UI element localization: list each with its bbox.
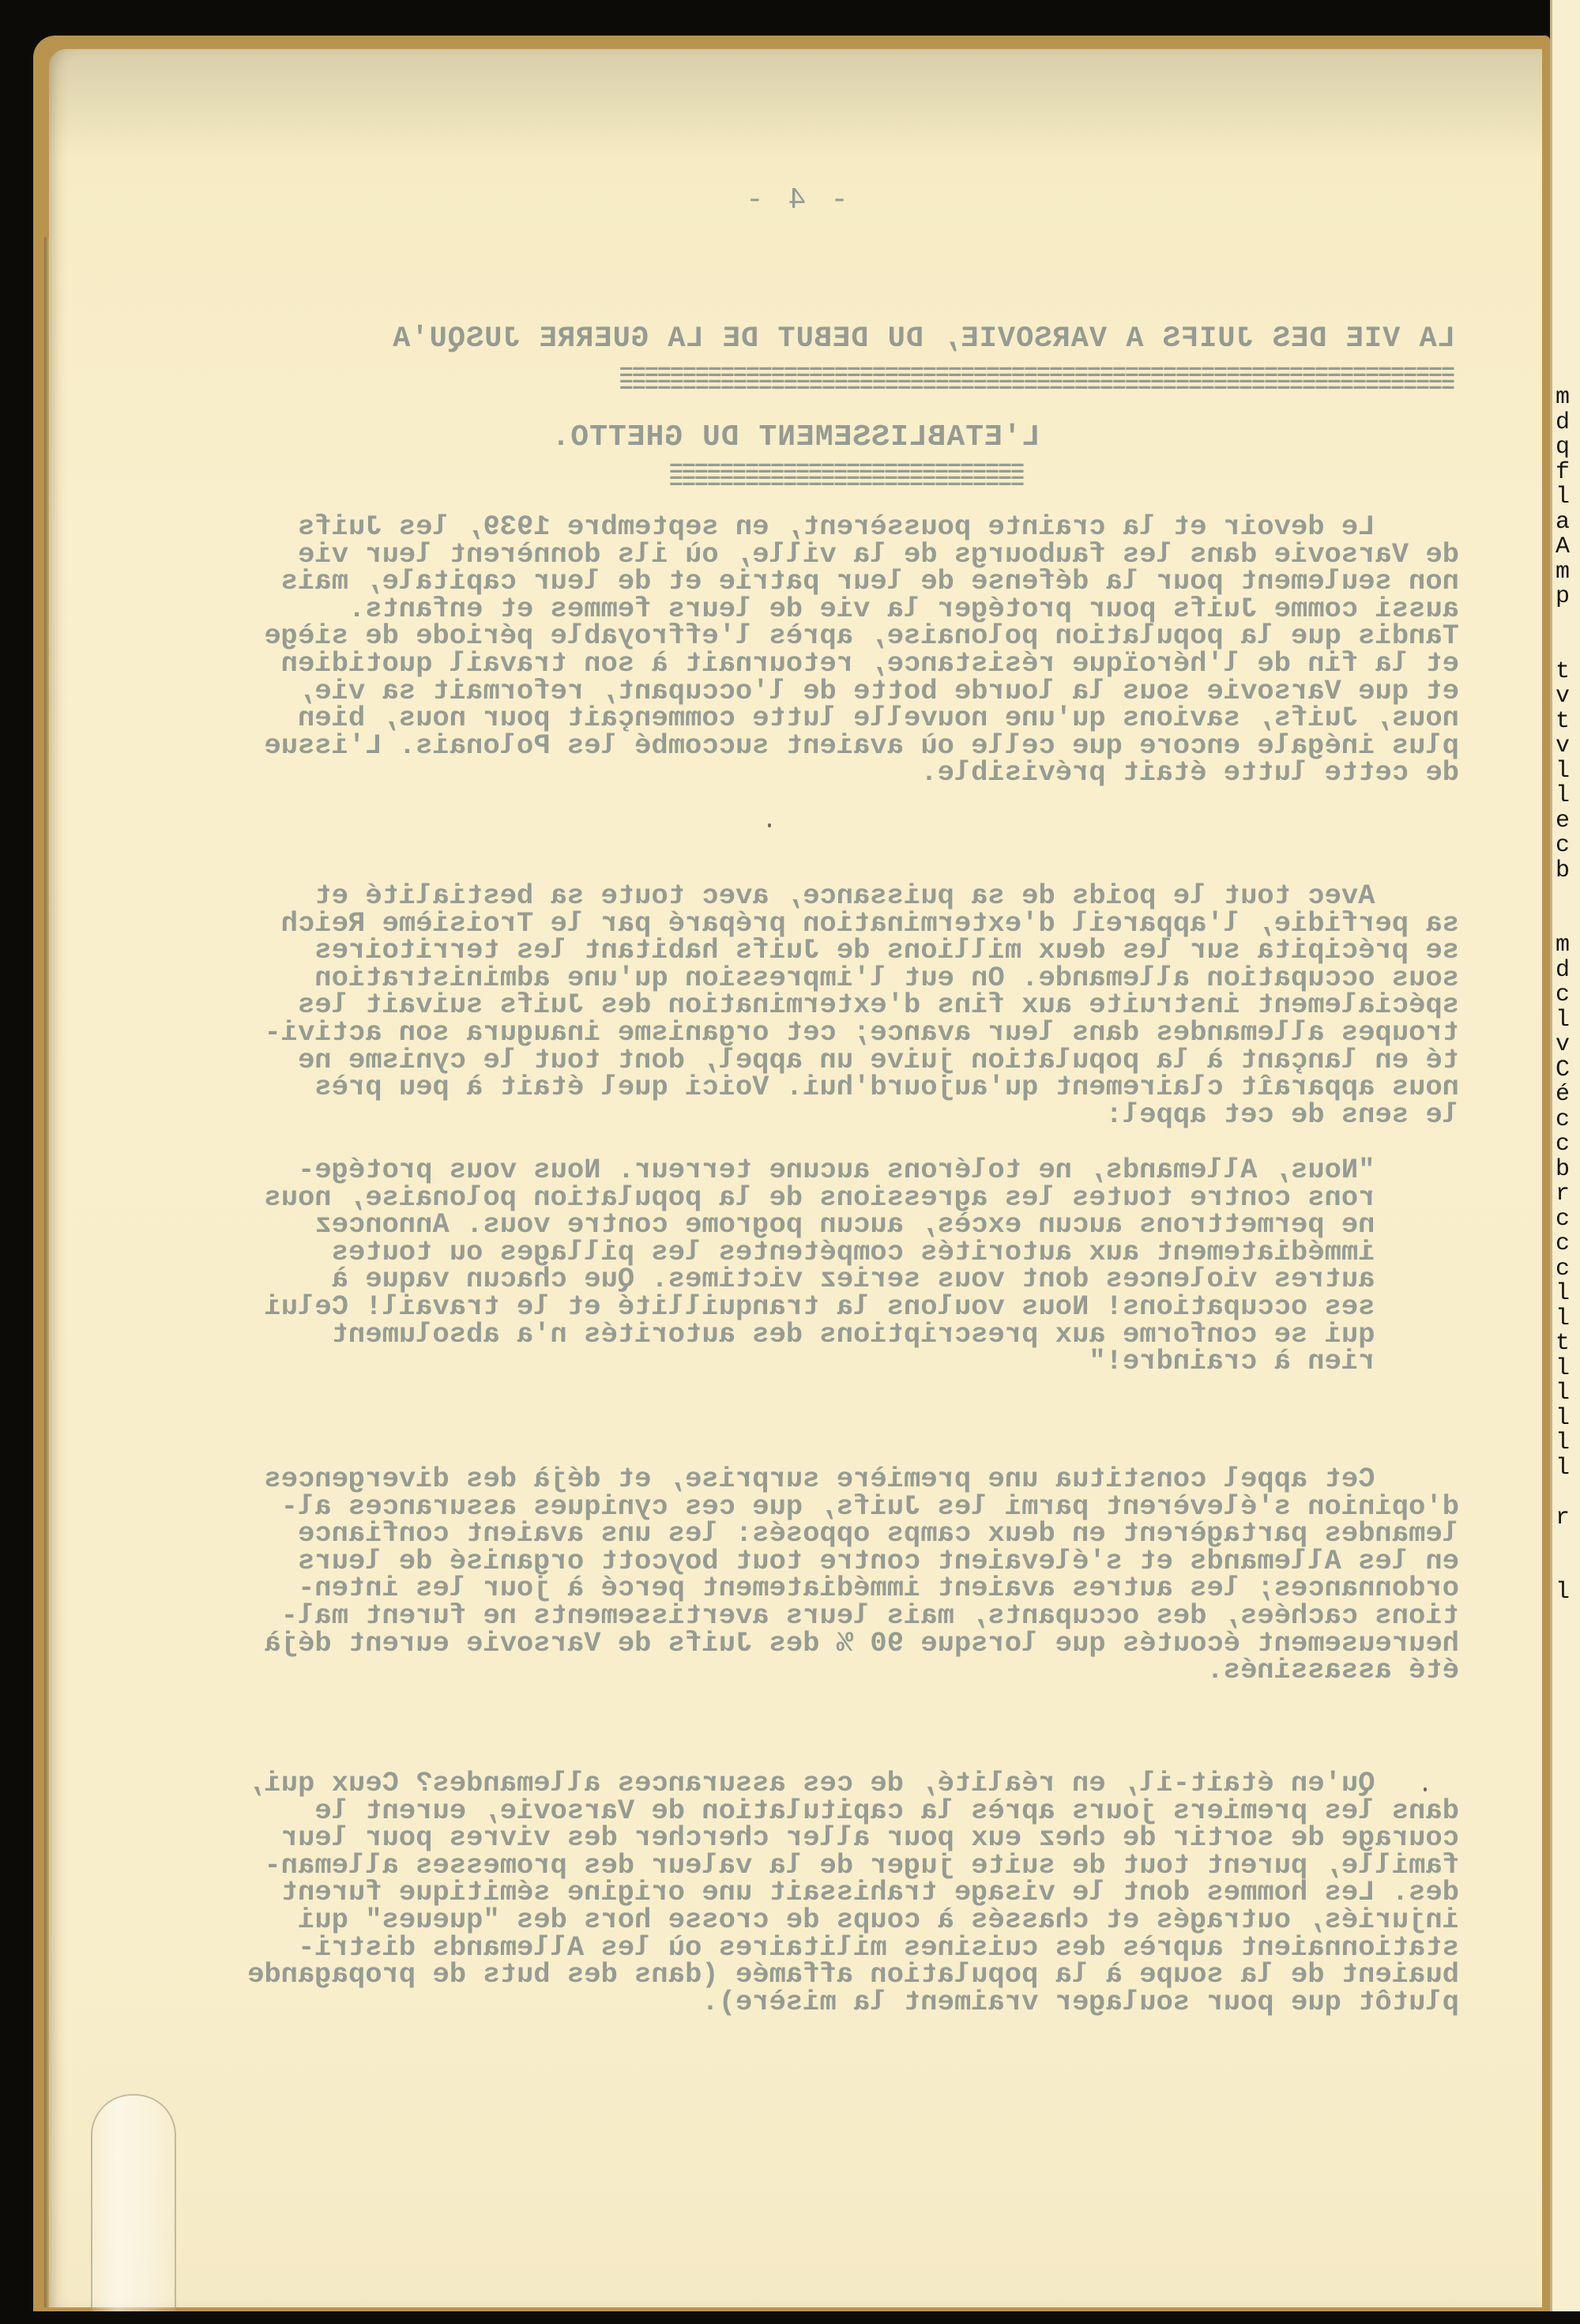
paper-speck bbox=[768, 823, 771, 827]
document-title: LA VIE DES JUIFS A VARSOVIE, DU DEBUT DE… bbox=[112, 322, 1455, 356]
mirrored-typescript: - 4 - LA VIE DES JUIFS A VARSOVIE, DU DE… bbox=[49, 49, 1542, 2307]
paper-speck bbox=[1424, 1787, 1427, 1791]
quoted-appeal: "Nous, Allemands, ne tolérons aucune ter… bbox=[53, 1157, 1459, 1376]
page-holder-clip bbox=[91, 2094, 176, 2321]
next-page-strip: m d q f l a A m p t v t v l l e c b m d … bbox=[1550, 0, 1580, 2324]
document-page: - 4 - LA VIE DES JUIFS A VARSOVIE, DU DE… bbox=[49, 49, 1542, 2307]
scan-background bbox=[0, 2311, 1580, 2324]
next-page-letters: m d q f l a A m p t v t v l l e c b m d … bbox=[1556, 386, 1580, 1606]
paragraph-3: Cet appel constitua une première surpris… bbox=[53, 1466, 1459, 1685]
title-underline-2: ========================================… bbox=[112, 375, 1455, 398]
page-number: - 4 - bbox=[49, 183, 1542, 217]
paragraph-2: Avec tout le poids de sa puissance, avec… bbox=[53, 883, 1459, 1128]
subtitle-underline-2: ============================ bbox=[566, 471, 1025, 495]
paragraph-4: Qu'en était-il, en réalité, de ces assur… bbox=[53, 1770, 1459, 2016]
document-subtitle: L'ETABLISSEMENT DU GHETTO. bbox=[49, 420, 1542, 454]
paragraph-1: Le devoir et la crainte poussèrent, en s… bbox=[53, 514, 1459, 787]
